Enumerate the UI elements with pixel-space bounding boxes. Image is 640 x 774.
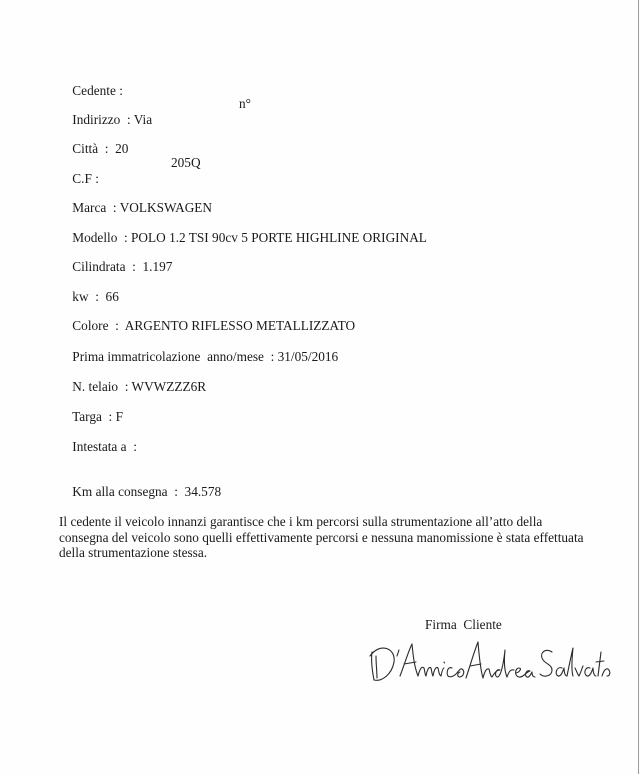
- signature-stroke-icon: [366, 638, 611, 686]
- field-label: Prima immatricolazione anno/mese: [72, 349, 264, 364]
- mileage-declaration-paragraph: Il cedente il veicolo innanzi garantisce…: [59, 514, 559, 561]
- field-label: Km alla consegna: [72, 484, 167, 499]
- field-value: POLO 1.2 TSI 90cv 5 PORTE HIGHLINE ORIGI…: [128, 230, 427, 245]
- field-label: Colore: [72, 318, 108, 333]
- field-value: 34.578: [178, 484, 221, 499]
- field-separator: :: [125, 259, 135, 274]
- field-label: N. telaio: [72, 379, 118, 394]
- field-label: Intestata a: [72, 439, 126, 454]
- field-km-alla-consegna: Km alla consegna : 34.578: [59, 468, 221, 516]
- declaration-line: Il cedente il veicolo innanzi garantisce…: [59, 514, 559, 530]
- scanned-document-page: Cedente : Indirizzo : Via n° Città : 20 …: [0, 0, 640, 774]
- field-label: Cilindrata: [72, 259, 125, 274]
- field-label: Città: [72, 141, 98, 156]
- field-separator: :: [98, 141, 108, 156]
- field-label: Marca: [72, 200, 106, 215]
- signature-label: Firma Cliente: [425, 617, 502, 633]
- field-separator: :: [106, 200, 116, 215]
- field-separator: :: [127, 439, 137, 454]
- declaration-line: della strumentazione stessa.: [59, 545, 559, 561]
- field-label: Targa: [72, 409, 102, 424]
- field-value: ARGENTO RIFLESSO METALLIZZATO: [119, 318, 355, 333]
- field-separator: :: [264, 349, 274, 364]
- field-value: 20: [109, 141, 129, 156]
- field-value: WVWZZZ6R: [128, 379, 206, 394]
- field-value: 31/05/2016: [274, 349, 338, 364]
- field-separator: :: [118, 379, 128, 394]
- field-intestata-a: Intestata a :: [59, 423, 137, 471]
- indirizzo-numero-label: n°: [239, 96, 251, 112]
- codice-fiscale-partial-value: 205Q: [171, 155, 201, 171]
- field-separator: :: [109, 318, 119, 333]
- field-value: 1.197: [136, 259, 173, 274]
- scan-edge-line: [638, 0, 639, 774]
- declaration-line: consegna del veicolo sono quelli effetti…: [59, 530, 559, 546]
- field-separator: :: [102, 409, 112, 424]
- field-value: VOLKSWAGEN: [117, 200, 212, 215]
- field-separator: :: [168, 484, 178, 499]
- field-value: Via: [131, 112, 152, 127]
- field-value: F: [112, 409, 123, 424]
- handwritten-signature: [366, 638, 611, 686]
